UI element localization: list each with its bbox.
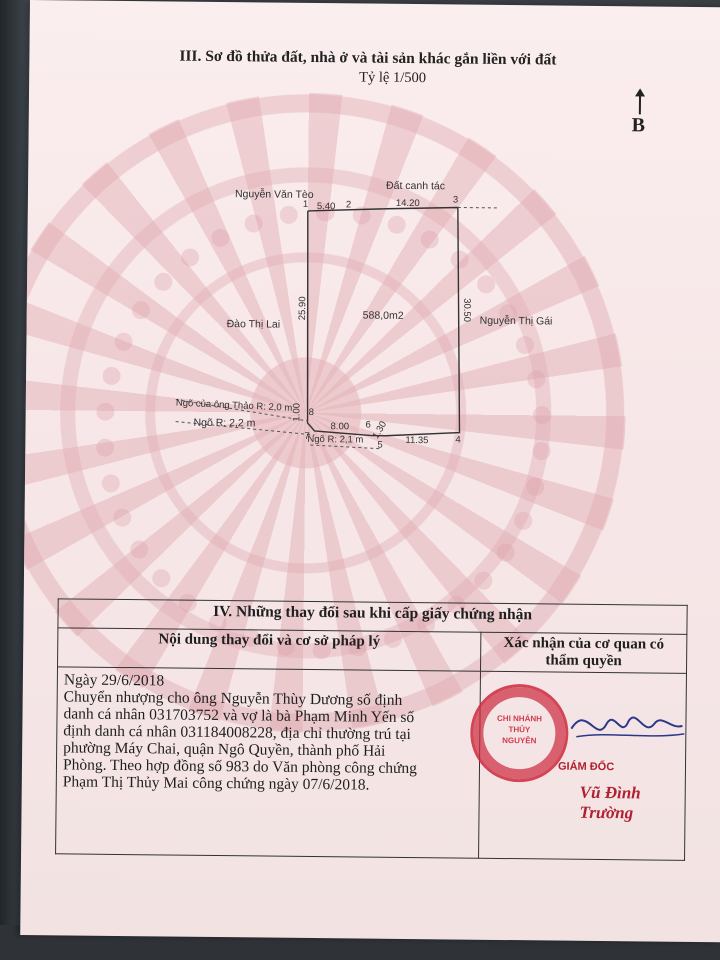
neighbor-north-right: Đất canh tác: [386, 180, 445, 193]
certificate-page: III. Sơ đồ thửa đất, nhà ở và tài sản kh…: [20, 0, 720, 942]
edge-1-2: 5.40: [317, 201, 336, 212]
col-header-confirmation: Xác nhận của cơ quan có thẩm quyền: [480, 632, 686, 673]
signature-icon: [566, 699, 687, 750]
plot-area: 588,0m2: [363, 310, 404, 322]
col-header-confirmation-line2: thẩm quyền: [487, 652, 680, 671]
changes-table: IV. Những thay đổi sau khi cấp giấy chứn…: [55, 598, 688, 861]
edge-2-3: 14.20: [396, 198, 420, 209]
neighbor-north-left: Nguyễn Văn Tèo: [235, 188, 314, 201]
edge-6-7: 8.00: [330, 421, 349, 432]
signer-title: GIÁM ĐỐC: [558, 761, 614, 774]
point-1: 1: [303, 199, 308, 210]
edge-4-5: 11.35: [405, 435, 428, 446]
land-plot-diagram: [24, 0, 720, 607]
neighbor-east: Nguyễn Thị Gái: [480, 315, 553, 328]
point-2: 2: [346, 199, 351, 210]
col-header-confirmation-line1: Xác nhận của cơ quan có: [487, 635, 680, 654]
confirmation-cell: CHI NHÁNH THỦY NGUYÊN GIÁM ĐỐC Vũ Đình T…: [479, 671, 687, 860]
point-6: 6: [366, 420, 371, 431]
official-stamp: CHI NHÁNH THỦY NGUYÊN: [470, 684, 569, 783]
point-4: 4: [455, 434, 460, 445]
lane-label-2-2: Ngõ R: 2,2 m: [194, 417, 256, 430]
lane-label-2-1: Ngõ R: 2,1 m: [307, 434, 363, 446]
edge-7-8: 1.00: [291, 403, 302, 422]
edge-3-4: 30.50: [461, 298, 472, 322]
change-entry: Ngày 29/6/2018 Chuyển nhượng cho ông Ngu…: [56, 667, 481, 858]
point-3: 3: [453, 194, 458, 205]
point-8: 8: [309, 407, 314, 418]
stamp-text: CHI NHÁNH THỦY NGUYÊN: [495, 713, 543, 747]
col-header-content: Nội dung thay đổi và cơ sở pháp lý: [58, 628, 481, 671]
signer-name: Vũ Đình Trường: [579, 783, 684, 824]
point-5: 5: [377, 440, 382, 451]
neighbor-west: Đào Thị Lai: [227, 318, 281, 331]
edge-8-1: 25.90: [297, 296, 308, 320]
